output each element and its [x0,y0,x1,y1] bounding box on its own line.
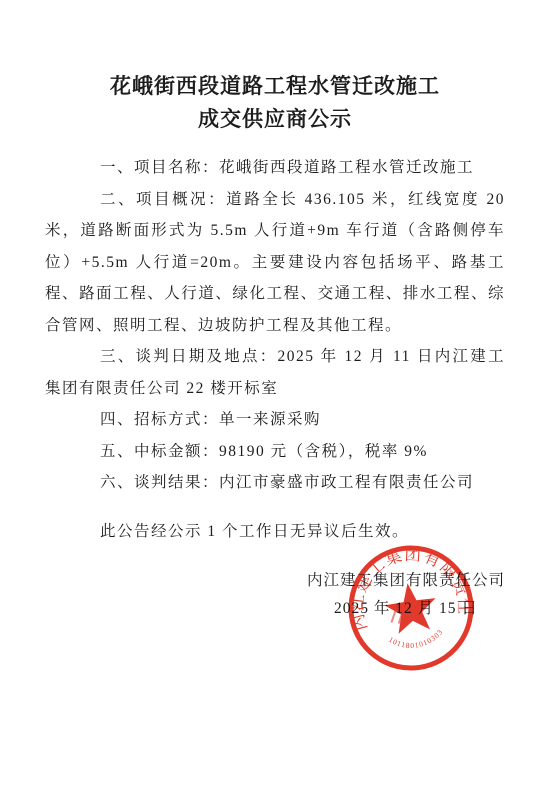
paragraph-negotiation-result: 六、谈判结果：内江市豪盛市政工程有限责任公司 [45,467,505,499]
signature-date: 2025 年 12 月 15 日 [334,595,478,623]
document-page: 花峨街西段道路工程水管迁改施工 成交供应商公示 一、项目名称：花峨街西段道路工程… [0,0,547,785]
title-line-1: 花峨街西段道路工程水管迁改施工 [45,70,505,103]
signature-company: 内江建工集团有限责任公司 [307,567,505,595]
paragraph-bidding-method: 四、招标方式：单一来源采购 [45,404,505,436]
paragraph-project-name: 一、项目名称：花峨街西段道路工程水管迁改施工 [45,152,505,184]
seal-code: 1011801010303 [386,626,447,653]
paragraph-negotiation-date-place: 三、谈判日期及地点：2025 年 12 月 11 日内江建工集团有限责任公司 2… [45,341,505,404]
paragraph-award-amount: 五、中标金额：98190 元（含税），税率 9% [45,436,505,468]
svg-text:1011801010303: 1011801010303 [386,626,447,653]
signature-block: 内江建工集团有限责任公司 2025 年 12 月 15 日 [307,567,505,623]
title-line-2: 成交供应商公示 [45,103,505,136]
document-title: 花峨街西段道路工程水管迁改施工 成交供应商公示 [45,70,505,136]
closing-note: 此公告经公示 1 个工作日无异议后生效。 [45,516,505,548]
paragraph-project-overview: 二、项目概况：道路全长 436.105 米，红线宽度 20 米，道路断面形式为 … [45,184,505,342]
